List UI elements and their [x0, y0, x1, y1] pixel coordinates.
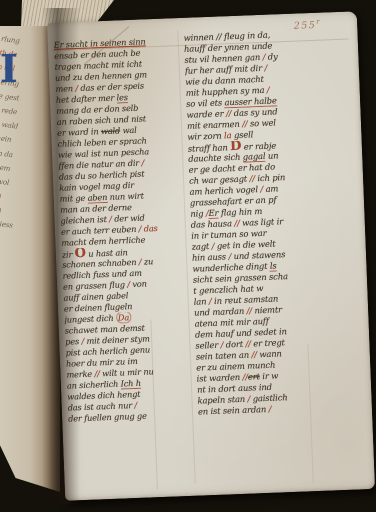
manuscript-text-segment: der wid — [112, 213, 145, 224]
text-column-right: winnen // fleug in da,hauff der ynnen un… — [183, 26, 365, 417]
manuscript-text-segment: ur dem — [0, 161, 11, 173]
manuscript-text-segment: kapeln stan — [197, 394, 247, 406]
manuscript-text-segment: zu — [141, 256, 153, 266]
manuscript-text-segment: O — [74, 246, 86, 260]
manuscript-text-segment: er sch — [0, 203, 2, 215]
manuscript-text-segment: en ist sein ardan — [198, 404, 269, 417]
manuscript-text-segment: gaistlich — [250, 392, 288, 403]
manuscript-text-segment: so wel — [247, 117, 276, 128]
manuscript-text-segment: seller — [195, 340, 221, 351]
manuscript-text-segment: wir zorn — [187, 130, 224, 141]
manuscript-text-segment: r ft m — [0, 189, 2, 200]
manuscript-text-segment: les — [116, 92, 128, 103]
manuscript-text-segment: ir w — [260, 371, 279, 382]
manuscript-text-segment: das sy und — [231, 106, 278, 118]
manuscript-text-segment: un — [265, 150, 278, 160]
manuscript-text-segment: flag hin m — [218, 206, 262, 218]
manuscript-text-segment: das hausa — [191, 218, 235, 230]
manuscript-text-segment: ert — [248, 371, 260, 381]
manuscript-text-segment: warde er — [186, 108, 226, 120]
manuscript-text-segment: das er der speis — [78, 80, 144, 93]
manuscript-text-segment: wann — [257, 348, 282, 359]
manuscript-page: 255r Er sucht in seinen sinnensab er den… — [47, 11, 375, 501]
manuscript-photo: rlungth dan halt eringne gestot redend w… — [0, 0, 376, 512]
manuscript-text-segment: pes — [65, 336, 82, 347]
manuscript-text-segment: macht dem herrliche — [61, 235, 145, 248]
manuscript-text-segment: men da — [0, 147, 13, 159]
folio-side: r — [316, 18, 321, 26]
manuscript-text-segment: wal — [120, 125, 137, 136]
manuscript-text-segment: wald — [101, 125, 121, 136]
manuscript-text-segment: jungest dich — [64, 313, 116, 325]
manuscript-text-segment: der fuellen gnug ge — [68, 411, 147, 424]
manuscript-text-segment: / — [134, 400, 137, 410]
manuscript-text-segment: dy — [265, 51, 278, 61]
manuscript-text-segment: ls — [270, 260, 277, 271]
manuscript-text-segment: het wol — [0, 175, 10, 187]
manuscript-text-segment: Ich h — [120, 378, 141, 390]
manuscript-text-segment: ist warden — [197, 372, 243, 384]
manuscript-text-segment: so vil ets — [186, 97, 225, 108]
manuscript-text-segment: zagt — [191, 241, 211, 252]
manuscript-text-segment: / — [268, 404, 271, 414]
manuscript-text-segment: und mardan — [194, 306, 247, 318]
manuscript-text-segment: Er — [208, 208, 218, 219]
manuscript-text-segment: / — [264, 63, 267, 73]
manuscript-text-segment: von — [130, 278, 147, 289]
manuscript-text-segment: zir — [62, 249, 75, 259]
manuscript-text-segment: grassehafart er an pf — [190, 194, 277, 207]
blue-initial-letter: I — [0, 48, 26, 90]
text-column-left: Er sucht in seinen sinnensab er den auch… — [54, 35, 196, 425]
manuscript-text-segment: hin auss — [192, 251, 229, 262]
manuscript-text-segment: dort — [223, 339, 246, 350]
manuscript-text-segment: gagal — [243, 151, 266, 163]
manuscript-text-segment: an sicherlich — [67, 379, 121, 391]
manuscript-text-segment: men — [55, 83, 75, 94]
manuscript-text-segment: Da — [116, 311, 132, 324]
manuscript-text-segment: nig — [190, 208, 206, 219]
manuscript-text-segment: mit ge — [59, 193, 87, 204]
manuscript-text-segment: / — [267, 85, 270, 95]
manuscript-text-segment: ne gest — [0, 90, 20, 102]
manuscript-text-segment: und stawens — [231, 249, 286, 261]
manuscript-text-segment: ich pin — [255, 172, 286, 183]
manuscript-text-segment: gsell — [231, 129, 253, 140]
manuscript-text-segment: nun wirt — [107, 191, 144, 202]
manuscript-text-segment: aben — [87, 192, 107, 204]
manuscript-text-segment: es er liess — [0, 217, 13, 230]
manuscript-text-segment: / das — [138, 223, 157, 234]
manuscript-text-segment: am — [263, 183, 279, 194]
manuscript-text-segment: schein — [0, 133, 12, 145]
manuscript-text-segment: was ligt ir — [239, 216, 283, 228]
manuscript-text-segment: er tregt — [251, 337, 285, 348]
manuscript-text-segment: lan — [194, 296, 210, 307]
manuscript-text-segment: rlung — [1, 34, 21, 45]
manuscript-text-segment: merke — [66, 369, 94, 380]
manuscript-text-segment: / — [141, 158, 144, 168]
manuscript-text-segment: ot rede — [0, 104, 18, 116]
manuscript-text-segment: nd wald — [0, 118, 19, 130]
manuscript-text-segment: wilt u mir nu — [99, 366, 153, 378]
manuscript-text-segment: niemtr — [252, 304, 282, 315]
manuscript-text-segment: gleichen ist — [60, 214, 109, 226]
manuscript-text-segment: er ward in — [57, 126, 101, 138]
